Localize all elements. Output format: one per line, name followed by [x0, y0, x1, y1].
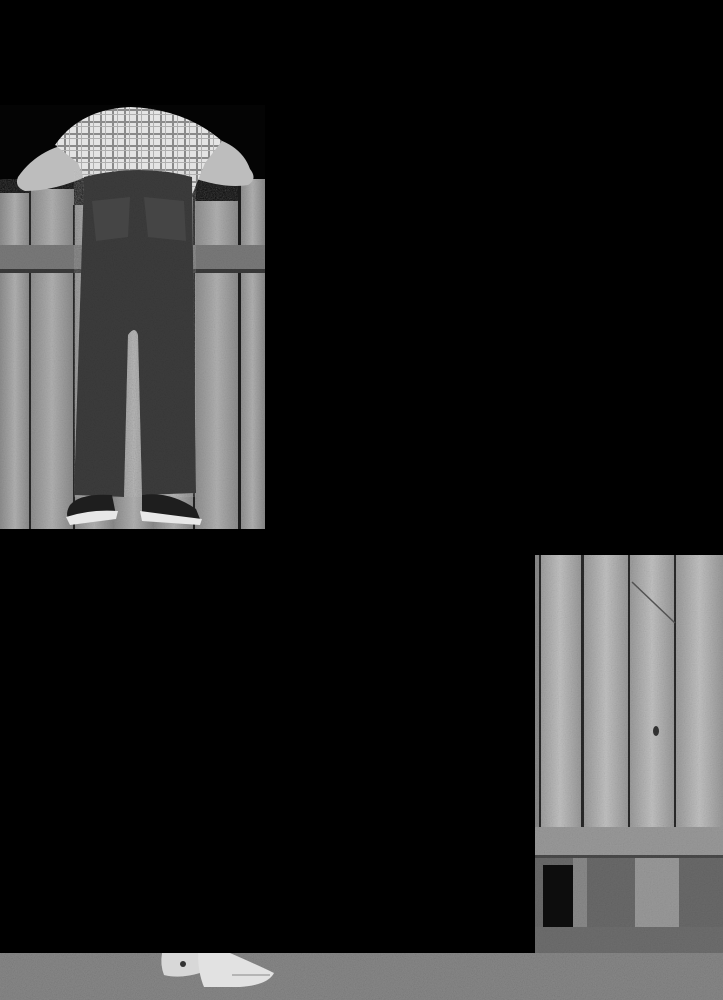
photo-wooden-fence — [535, 555, 723, 953]
photo-boy-leaning-on-fence — [0, 105, 265, 529]
photo-grass-with-sneakers — [0, 953, 723, 1000]
